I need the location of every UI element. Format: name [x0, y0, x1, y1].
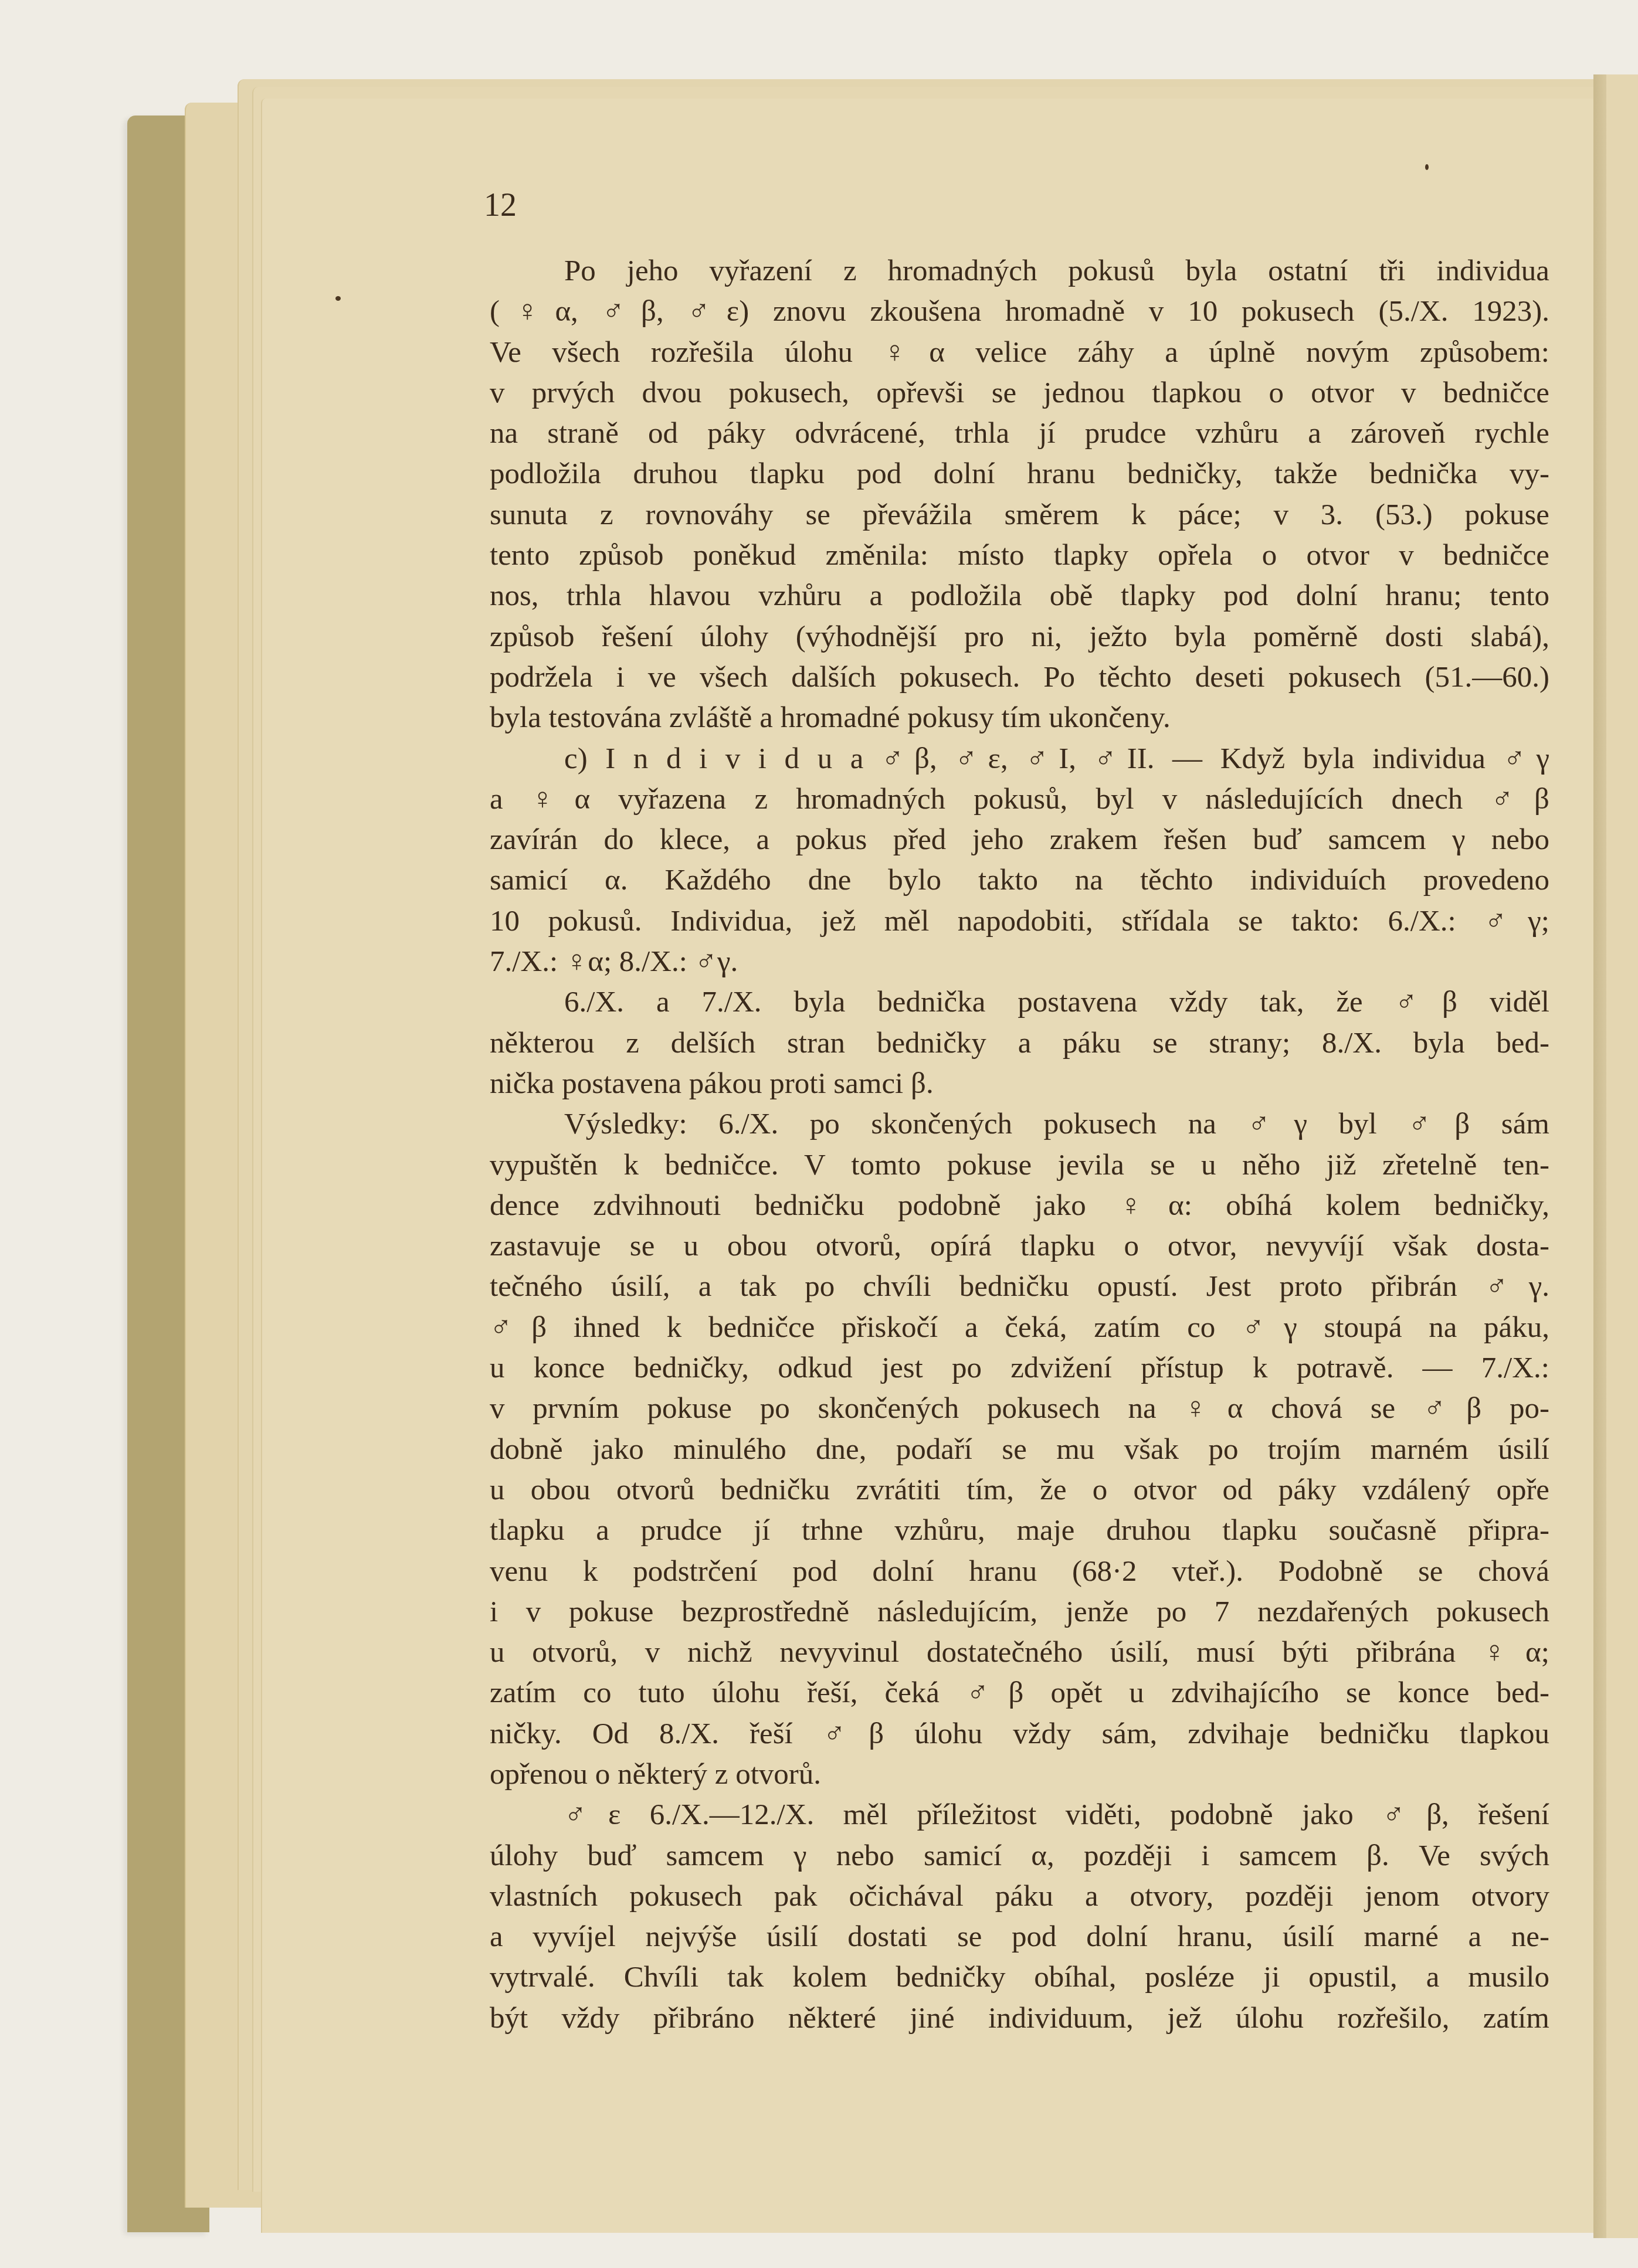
text-line-content: samicí α. Každého dne bylo takto na těch… — [490, 860, 1549, 901]
text-line: nos, trhla hlavou vzhůru a podložila obě… — [490, 576, 1549, 616]
text-line-content: a vyvíjel nejvýše úsilí dostati se pod d… — [490, 1917, 1549, 1957]
text-line-content: venu k podstrčení pod dolní hranu (68·2 … — [490, 1551, 1549, 1592]
text-line: podržela i ve všech dalších pokusech. Po… — [490, 657, 1549, 698]
text-line: (♀α, ♂β, ♂ε) znovu zkoušena hromadně v 1… — [490, 291, 1549, 332]
text-line: vypuštěn k bedničce. V tomto pokuse jevi… — [490, 1145, 1549, 1186]
text-line-content: některou z delších stran bedničky a páku… — [490, 1023, 1549, 1064]
text-line-content: vlastních pokusech pak očichával páku a … — [490, 1876, 1549, 1917]
text-line-content: na straně od páky odvrácené, trhla jí pr… — [490, 413, 1549, 454]
text-line: u obou otvorů bedničku zvrátiti tím, že … — [490, 1470, 1549, 1510]
text-line: v prvých dvou pokusech, opřevši se jedno… — [490, 373, 1549, 413]
text-line: v prvním pokuse po skončených pokusech n… — [490, 1388, 1549, 1429]
text-line-content: způsob řešení úlohy (výhodnější pro ni, … — [490, 617, 1549, 657]
text-line: 7./X.: ♀α; 8./X.: ♂γ. — [490, 942, 1549, 982]
page-number: 12 — [484, 186, 517, 224]
text-line: způsob řešení úlohy (výhodnější pro ni, … — [490, 617, 1549, 657]
text-line: Po jeho vyřazení z hromadných pokusů byl… — [490, 251, 1549, 291]
text-line: zatím co tuto úlohu řeší, čeká ♂β opět u… — [490, 1673, 1549, 1713]
text-line-content: Výsledky: 6./X. po skončených pokusech n… — [564, 1104, 1549, 1145]
text-line-content: byla testována zvláště a hromadné pokusy… — [490, 698, 1549, 738]
text-line: ničky. Od 8./X. řeší ♂β úlohu vždy sám, … — [490, 1714, 1549, 1754]
text-line-content: v prvých dvou pokusech, opřevši se jedno… — [490, 373, 1549, 413]
text-line: Ve všech rozřešila úlohu ♀α velice záhy … — [490, 332, 1549, 373]
text-line: tečného úsilí, a tak po chvíli bedničku … — [490, 1267, 1549, 1307]
text-line: vlastních pokusech pak očichával páku a … — [490, 1876, 1549, 1917]
text-line: venu k podstrčení pod dolní hranu (68·2 … — [490, 1551, 1549, 1592]
text-line-content: tečného úsilí, a tak po chvíli bedničku … — [490, 1267, 1549, 1307]
text-line-content: 10 pokusů. Individua, jež měl napodobiti… — [490, 901, 1549, 942]
text-line-content: podložila druhou tlapku pod dolní hranu … — [490, 454, 1549, 494]
text-line: dence zdvihnouti bedničku podobně jako ♀… — [490, 1186, 1549, 1226]
binding-gutter — [1593, 74, 1606, 2238]
text-line-content: u obou otvorů bedničku zvrátiti tím, že … — [490, 1470, 1549, 1510]
text-line-content: tento způsob poněkud změnila: místo tlap… — [490, 535, 1549, 576]
text-line-content: zastavuje se u obou otvorů, opírá tlapku… — [490, 1226, 1549, 1267]
text-line-content: i v pokuse bezprostředně následujícím, j… — [490, 1592, 1549, 1632]
text-line-content: c) I n d i v i d u a ♂β, ♂ε, ♂I, ♂II. — … — [564, 739, 1549, 779]
text-line: na straně od páky odvrácené, trhla jí pr… — [490, 413, 1549, 454]
text-line-content: tlapku a prudce jí trhne vzhůru, maje dr… — [490, 1510, 1549, 1551]
text-line: 6./X. a 7./X. byla bednička postavena vž… — [490, 982, 1549, 1023]
ink-speck — [335, 296, 341, 301]
body-text: Po jeho vyřazení z hromadných pokusů byl… — [490, 251, 1549, 2039]
text-line-content: 7./X.: ♀α; 8./X.: ♂γ. — [490, 942, 1549, 982]
text-line-content: vytrvalé. Chvíli tak kolem bedničky obíh… — [490, 1957, 1549, 1998]
text-line: tlapku a prudce jí trhne vzhůru, maje dr… — [490, 1510, 1549, 1551]
text-line-content: Po jeho vyřazení z hromadných pokusů byl… — [564, 251, 1549, 291]
text-line-content: být vždy přibráno některé jiné individuu… — [490, 1998, 1549, 2039]
text-line: některou z delších stran bedničky a páku… — [490, 1023, 1549, 1064]
text-line: podložila druhou tlapku pod dolní hranu … — [490, 454, 1549, 494]
text-line-content: dobně jako minulého dne, podaří se mu vš… — [490, 1430, 1549, 1470]
text-line-content: (♀α, ♂β, ♂ε) znovu zkoušena hromadně v 1… — [490, 291, 1549, 332]
text-line: dobně jako minulého dne, podaří se mu vš… — [490, 1430, 1549, 1470]
text-line-content: ♂ε 6./X.—12./X. měl příležitost viděti, … — [564, 1795, 1549, 1835]
text-line: sunuta z rovnováhy se převážila směrem k… — [490, 495, 1549, 535]
text-line-content: u otvorů, v nichž nevyvinul dostatečného… — [490, 1632, 1549, 1673]
text-line-content: 6./X. a 7./X. byla bednička postavena vž… — [564, 982, 1549, 1023]
text-line: u otvorů, v nichž nevyvinul dostatečného… — [490, 1632, 1549, 1673]
text-line: i v pokuse bezprostředně následujícím, j… — [490, 1592, 1549, 1632]
facing-page-edge — [1606, 74, 1638, 2238]
text-line: úlohy buď samcem γ nebo samicí α, pozděj… — [490, 1836, 1549, 1876]
text-line-content: ničky. Od 8./X. řeší ♂β úlohu vždy sám, … — [490, 1714, 1549, 1754]
text-line: 10 pokusů. Individua, jež měl napodobiti… — [490, 901, 1549, 942]
text-line: ♂β ihned k bedničce přiskočí a čeká, zat… — [490, 1308, 1549, 1348]
text-line: být vždy přibráno některé jiné individuu… — [490, 1998, 1549, 2039]
text-line-content: sunuta z rovnováhy se převážila směrem k… — [490, 495, 1549, 535]
text-line: u konce bedničky, odkud jest po zdvižení… — [490, 1348, 1549, 1388]
text-line-content: nos, trhla hlavou vzhůru a podložila obě… — [490, 576, 1549, 616]
text-line: zavírán do klece, a pokus před jeho zrak… — [490, 820, 1549, 860]
text-line: a ♀α vyřazena z hromadných pokusů, byl v… — [490, 779, 1549, 820]
ink-speck — [1425, 164, 1429, 170]
text-line-content: zavírán do klece, a pokus před jeho zrak… — [490, 820, 1549, 860]
text-line-content: zatím co tuto úlohu řeší, čeká ♂β opět u… — [490, 1673, 1549, 1713]
text-line-content: v prvním pokuse po skončených pokusech n… — [490, 1388, 1549, 1429]
text-line-content: ♂β ihned k bedničce přiskočí a čeká, zat… — [490, 1308, 1549, 1348]
text-line: nička postavena pákou proti samci β. — [490, 1064, 1549, 1104]
text-line: tento způsob poněkud změnila: místo tlap… — [490, 535, 1549, 576]
text-line-content: podržela i ve všech dalších pokusech. Po… — [490, 657, 1549, 698]
text-line: byla testována zvláště a hromadné pokusy… — [490, 698, 1549, 738]
text-line: opřenou o některý z otvorů. — [490, 1754, 1549, 1795]
text-line-content: u konce bedničky, odkud jest po zdvižení… — [490, 1348, 1549, 1388]
text-line-content: úlohy buď samcem γ nebo samicí α, pozděj… — [490, 1836, 1549, 1876]
text-line: Výsledky: 6./X. po skončených pokusech n… — [490, 1104, 1549, 1145]
text-line-content: a ♀α vyřazena z hromadných pokusů, byl v… — [490, 779, 1549, 820]
text-line: c) I n d i v i d u a ♂β, ♂ε, ♂I, ♂II. — … — [490, 739, 1549, 779]
text-line-content: vypuštěn k bedničce. V tomto pokuse jevi… — [490, 1145, 1549, 1186]
text-line-content: opřenou o některý z otvorů. — [490, 1754, 1549, 1795]
text-line: ♂ε 6./X.—12./X. měl příležitost viděti, … — [490, 1795, 1549, 1835]
text-line: a vyvíjel nejvýše úsilí dostati se pod d… — [490, 1917, 1549, 1957]
text-line: vytrvalé. Chvíli tak kolem bedničky obíh… — [490, 1957, 1549, 1998]
text-line: samicí α. Každého dne bylo takto na těch… — [490, 860, 1549, 901]
text-line-content: nička postavena pákou proti samci β. — [490, 1064, 1549, 1104]
text-line-content: Ve všech rozřešila úlohu ♀α velice záhy … — [490, 332, 1549, 373]
text-line-content: dence zdvihnouti bedničku podobně jako ♀… — [490, 1186, 1549, 1226]
text-line: zastavuje se u obou otvorů, opírá tlapku… — [490, 1226, 1549, 1267]
